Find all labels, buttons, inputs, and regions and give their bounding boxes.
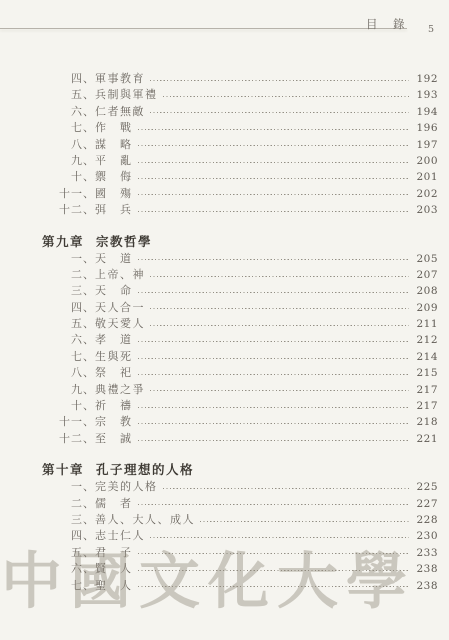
dot-leader (138, 120, 410, 131)
entry-title: 兵制與軍禮 (95, 86, 158, 102)
toc-entry: 八、祭 祀215 (42, 364, 438, 380)
entry-page-number: 212 (414, 334, 438, 346)
entry-page-number: 202 (414, 188, 438, 200)
entry-page-number: 217 (414, 384, 438, 396)
chapter-heading: 第九章宗教哲學 (42, 233, 438, 250)
entry-title: 至 誠 (95, 430, 133, 446)
entry-number: 五、 (42, 315, 95, 331)
entry-page-number: 208 (414, 285, 438, 297)
toc-entry: 七、聖 人238 (42, 577, 438, 593)
toc-entry: 十一、國 殤202 (42, 185, 438, 201)
toc-entry: 二、上帝、神207 (42, 266, 438, 282)
entry-title: 祈 禱 (95, 397, 133, 413)
chapter-title: 孔子理想的人格 (96, 462, 194, 477)
entry-title: 祭 祀 (95, 364, 133, 380)
entry-number: 三、 (42, 511, 95, 527)
dot-leader (138, 186, 410, 197)
toc-entry: 三、天 命208 (42, 282, 438, 298)
toc-entry: 五、兵制與軍禮193 (42, 86, 438, 102)
entry-number: 五、 (42, 86, 95, 102)
toc-entry: 三、善人、大人、成人228 (42, 511, 438, 527)
entry-title: 天人合一 (95, 299, 145, 315)
entry-title: 志士仁人 (95, 527, 145, 543)
entry-title: 善人、大人、成人 (95, 511, 195, 527)
dot-leader (138, 414, 410, 425)
header-rule (0, 28, 407, 29)
toc-entry: 十、禦 侮201 (42, 168, 438, 184)
entry-number: 一、 (42, 478, 95, 494)
dot-leader (150, 300, 409, 311)
toc-entry: 九、典禮之爭217 (42, 381, 438, 397)
entry-title: 儒 者 (95, 495, 133, 511)
dot-leader (163, 87, 410, 98)
entry-number: 八、 (42, 136, 95, 152)
entry-title: 天 命 (95, 282, 133, 298)
entry-number: 七、 (42, 348, 95, 364)
header-page-number: 5 (428, 24, 434, 35)
entry-title: 軍事教育 (95, 70, 145, 86)
entry-title: 國 殤 (95, 185, 133, 201)
entry-title: 敬天愛人 (95, 315, 145, 331)
dot-leader (138, 398, 410, 409)
entry-number: 九、 (42, 381, 95, 397)
dot-leader (150, 267, 409, 278)
entry-number: 十一、 (42, 413, 95, 429)
entry-number: 二、 (42, 266, 95, 282)
toc-entry: 六、孝 道212 (42, 331, 438, 347)
entry-title: 生與死 (95, 348, 133, 364)
toc-entry: 一、完美的人格225 (42, 478, 438, 494)
entry-number: 四、 (42, 527, 95, 543)
entry-title: 天 道 (95, 250, 133, 266)
entry-page-number: 215 (414, 367, 438, 379)
entry-page-number: 201 (414, 171, 438, 183)
entry-title: 君 子 (95, 544, 133, 560)
entry-number: 十二、 (42, 430, 95, 446)
dot-leader (138, 169, 410, 180)
entry-number: 八、 (42, 364, 95, 380)
toc-entry: 四、天人合一209 (42, 299, 438, 315)
entry-page-number: 193 (414, 89, 438, 101)
toc-entry: 五、敬天愛人211 (42, 315, 438, 331)
dot-leader (138, 578, 410, 589)
toc-entry: 六、賢 人238 (42, 560, 438, 576)
entry-number: 一、 (42, 250, 95, 266)
dot-leader (163, 479, 410, 490)
entry-page-number: 228 (414, 514, 438, 526)
chapter-heading: 第十章孔子理想的人格 (42, 461, 438, 478)
entry-title: 弭 兵 (95, 201, 133, 217)
entry-number: 十一、 (42, 185, 95, 201)
entry-page-number: 225 (414, 481, 438, 493)
chapter-title: 宗教哲學 (96, 234, 152, 249)
entry-title: 禦 侮 (95, 168, 133, 184)
toc-entry: 十、祈 禱217 (42, 397, 438, 413)
toc-entry: 八、謀 略197 (42, 136, 438, 152)
entry-title: 孝 道 (95, 331, 133, 347)
entry-title: 宗 教 (95, 413, 133, 429)
header-title: 目 錄 (366, 16, 407, 32)
entry-page-number: 211 (414, 318, 438, 330)
entry-number: 十、 (42, 397, 95, 413)
dot-leader (138, 545, 410, 556)
entry-number: 九、 (42, 152, 95, 168)
toc-page: 目 錄 5 四、軍事教育192五、兵制與軍禮193六、仁者無敵194七、作 戰1… (0, 0, 449, 640)
toc-entry: 六、仁者無敵194 (42, 103, 438, 119)
dot-leader (138, 496, 410, 507)
toc-entry: 二、儒 者227 (42, 495, 438, 511)
entry-number: 六、 (42, 103, 95, 119)
entry-number: 二、 (42, 495, 95, 511)
entry-title: 賢 人 (95, 560, 133, 576)
entry-title: 聖 人 (95, 577, 133, 593)
toc-entry: 一、天 道205 (42, 250, 438, 266)
dot-leader (138, 561, 410, 572)
dot-leader (138, 251, 410, 262)
entry-number: 六、 (42, 331, 95, 347)
entry-page-number: 227 (414, 498, 438, 510)
entry-page-number: 200 (414, 155, 438, 167)
entry-page-number: 192 (414, 73, 438, 85)
entry-number: 七、 (42, 119, 95, 135)
entry-number: 十、 (42, 168, 95, 184)
entry-page-number: 230 (414, 530, 438, 542)
entry-title: 謀 略 (95, 136, 133, 152)
toc-entry: 四、志士仁人230 (42, 527, 438, 543)
dot-leader (138, 349, 410, 360)
toc-entry: 十一、宗 教218 (42, 413, 438, 429)
entry-title: 平 亂 (95, 152, 133, 168)
dot-leader (138, 431, 410, 442)
dot-leader (150, 104, 409, 115)
entry-page-number: 214 (414, 351, 438, 363)
entry-number: 七、 (42, 577, 95, 593)
dot-leader (138, 202, 410, 213)
dot-leader (150, 316, 409, 327)
dot-leader (150, 382, 409, 393)
entry-page-number: 203 (414, 204, 438, 216)
entry-number: 四、 (42, 70, 95, 86)
entry-page-number: 205 (414, 253, 438, 265)
dot-leader (138, 283, 410, 294)
chapter-label: 第九章 (42, 234, 84, 249)
toc-entry: 七、作 戰196 (42, 119, 438, 135)
entry-page-number: 194 (414, 106, 438, 118)
toc-content: 四、軍事教育192五、兵制與軍禮193六、仁者無敵194七、作 戰196八、謀 … (42, 70, 438, 593)
entry-page-number: 197 (414, 139, 438, 151)
entry-title: 典禮之爭 (95, 381, 145, 397)
dot-leader (138, 332, 410, 343)
toc-entry: 七、生與死214 (42, 348, 438, 364)
entry-number: 六、 (42, 560, 95, 576)
entry-number: 五、 (42, 544, 95, 560)
dot-leader (138, 137, 410, 148)
entry-page-number: 207 (414, 269, 438, 281)
entry-number: 三、 (42, 282, 95, 298)
dot-leader (200, 512, 409, 523)
entry-page-number: 217 (414, 400, 438, 412)
dot-leader (150, 528, 409, 539)
dot-leader (138, 365, 410, 376)
toc-entry: 九、平 亂200 (42, 152, 438, 168)
entry-page-number: 238 (414, 580, 438, 592)
toc-entry: 十二、至 誠221 (42, 430, 438, 446)
entry-page-number: 218 (414, 416, 438, 428)
chapter-label: 第十章 (42, 462, 84, 477)
dot-leader (138, 153, 410, 164)
entry-page-number: 238 (414, 563, 438, 575)
toc-entry: 十二、弭 兵203 (42, 201, 438, 217)
entry-title: 上帝、神 (95, 266, 145, 282)
entry-title: 仁者無敵 (95, 103, 145, 119)
entry-page-number: 221 (414, 433, 438, 445)
entry-page-number: 196 (414, 122, 438, 134)
entry-page-number: 209 (414, 302, 438, 314)
entry-number: 十二、 (42, 201, 95, 217)
dot-leader (150, 71, 409, 82)
toc-entry: 五、君 子233 (42, 544, 438, 560)
entry-title: 作 戰 (95, 119, 133, 135)
entry-page-number: 233 (414, 547, 438, 559)
entry-title: 完美的人格 (95, 478, 158, 494)
entry-number: 四、 (42, 299, 95, 315)
toc-entry: 四、軍事教育192 (42, 70, 438, 86)
